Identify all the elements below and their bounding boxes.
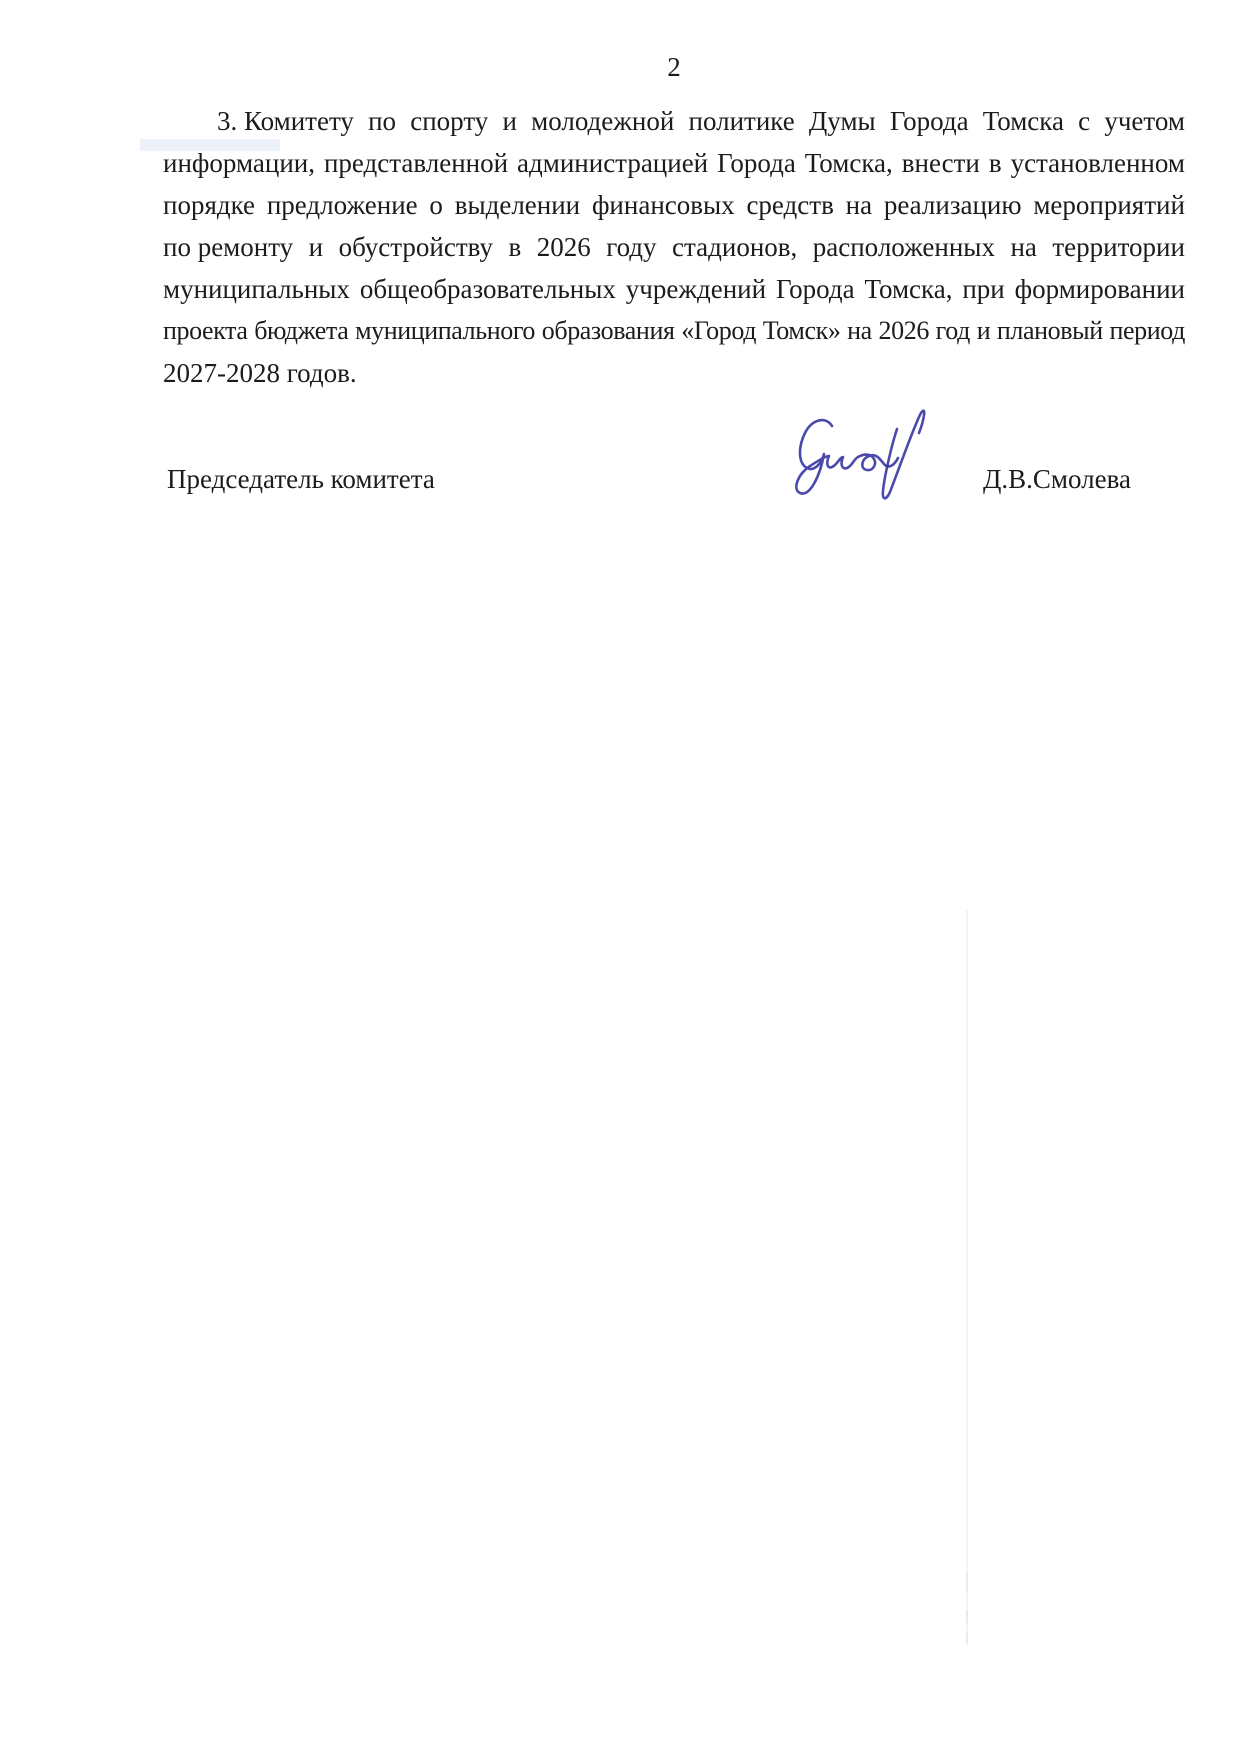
word: обустройству bbox=[339, 226, 493, 268]
text-line: порядкепредложениеовыделениифинансовыхср… bbox=[163, 184, 1185, 226]
text-line: по ремонтуиобустройствув2026годустадионо… bbox=[163, 226, 1185, 268]
word: Томска, bbox=[805, 142, 893, 184]
word: с bbox=[1078, 100, 1090, 142]
word: 2026 bbox=[537, 226, 591, 268]
word: при bbox=[962, 268, 1004, 310]
signature-stroke-main bbox=[796, 420, 898, 493]
word: в bbox=[989, 142, 1002, 184]
word: реализацию bbox=[884, 184, 1022, 226]
word: образования bbox=[542, 310, 675, 352]
text-line: муниципальныхобщеобразовательныхучрежден… bbox=[163, 268, 1185, 310]
word: «Город bbox=[681, 310, 756, 352]
word: на bbox=[1010, 226, 1036, 268]
word: и bbox=[977, 310, 991, 352]
word: на bbox=[847, 310, 872, 352]
word: бюджета bbox=[254, 310, 348, 352]
scan-tint-artifact bbox=[140, 139, 280, 151]
scan-dash-artifact bbox=[966, 1610, 968, 1623]
word: муниципального bbox=[355, 310, 535, 352]
word: Томск» bbox=[763, 310, 841, 352]
word: мероприятий bbox=[1033, 184, 1185, 226]
word: год bbox=[936, 310, 970, 352]
word: и bbox=[309, 226, 323, 268]
word: расположенных bbox=[813, 226, 995, 268]
word: по bbox=[368, 100, 396, 142]
word: общеобразовательных bbox=[360, 268, 616, 310]
word: 3. Комитету bbox=[217, 100, 354, 142]
word: учреждений bbox=[626, 268, 766, 310]
word: Города bbox=[717, 142, 796, 184]
word: внести bbox=[902, 142, 980, 184]
word: спорту bbox=[410, 100, 488, 142]
scan-dash-artifact bbox=[966, 1631, 968, 1644]
signature bbox=[785, 393, 937, 511]
word: территории bbox=[1052, 226, 1185, 268]
word: о bbox=[429, 184, 443, 226]
word: предложение bbox=[267, 184, 418, 226]
signer-role-label: Председатель комитета bbox=[167, 458, 435, 500]
page-number: 2 bbox=[163, 52, 1185, 82]
word: молодежной bbox=[531, 100, 674, 142]
word: порядке bbox=[163, 184, 255, 226]
paragraph: 3. КомитетупоспортуимолодежнойполитикеДу… bbox=[163, 100, 1185, 394]
word: и bbox=[502, 100, 516, 142]
word: Города bbox=[890, 100, 969, 142]
word: Города bbox=[776, 268, 855, 310]
word: учетом bbox=[1104, 100, 1185, 142]
word: формировании bbox=[1015, 268, 1185, 310]
word: выделении bbox=[455, 184, 580, 226]
word: средств bbox=[746, 184, 833, 226]
word: Думы bbox=[809, 100, 876, 142]
word: по ремонту bbox=[163, 226, 293, 268]
text-line: информации,представленнойадминистрациейГ… bbox=[163, 142, 1185, 184]
word: период bbox=[1109, 310, 1184, 352]
text-line: 3. КомитетупоспортуимолодежнойполитикеДу… bbox=[163, 100, 1185, 142]
word: Томска bbox=[983, 100, 1064, 142]
document-page: 2 3. Комитетупоспортуимолодежнойполитике… bbox=[0, 0, 1240, 1753]
word: представленной bbox=[324, 142, 508, 184]
word: установленном bbox=[1011, 142, 1185, 184]
word: политике bbox=[689, 100, 795, 142]
signature-stroke-flourish bbox=[883, 411, 924, 499]
word: Томска, bbox=[865, 268, 953, 310]
word: 2026 bbox=[879, 310, 929, 352]
word: году bbox=[606, 226, 656, 268]
word: стадионов, bbox=[672, 226, 797, 268]
scan-dash-artifact bbox=[966, 1573, 968, 1591]
word: на bbox=[846, 184, 872, 226]
text-line: проектабюджетамуниципальногообразования«… bbox=[163, 310, 1185, 352]
word: плановый bbox=[997, 310, 1103, 352]
word: проекта bbox=[163, 310, 247, 352]
text-line: 2027-2028 годов. bbox=[163, 352, 1185, 394]
scan-vertical-line-artifact bbox=[966, 910, 968, 1645]
word: муниципальных bbox=[163, 268, 350, 310]
word: финансовых bbox=[592, 184, 735, 226]
word: администрацией bbox=[517, 142, 708, 184]
signer-name-label: Д.В.Смолева bbox=[983, 458, 1131, 500]
word: в bbox=[508, 226, 521, 268]
